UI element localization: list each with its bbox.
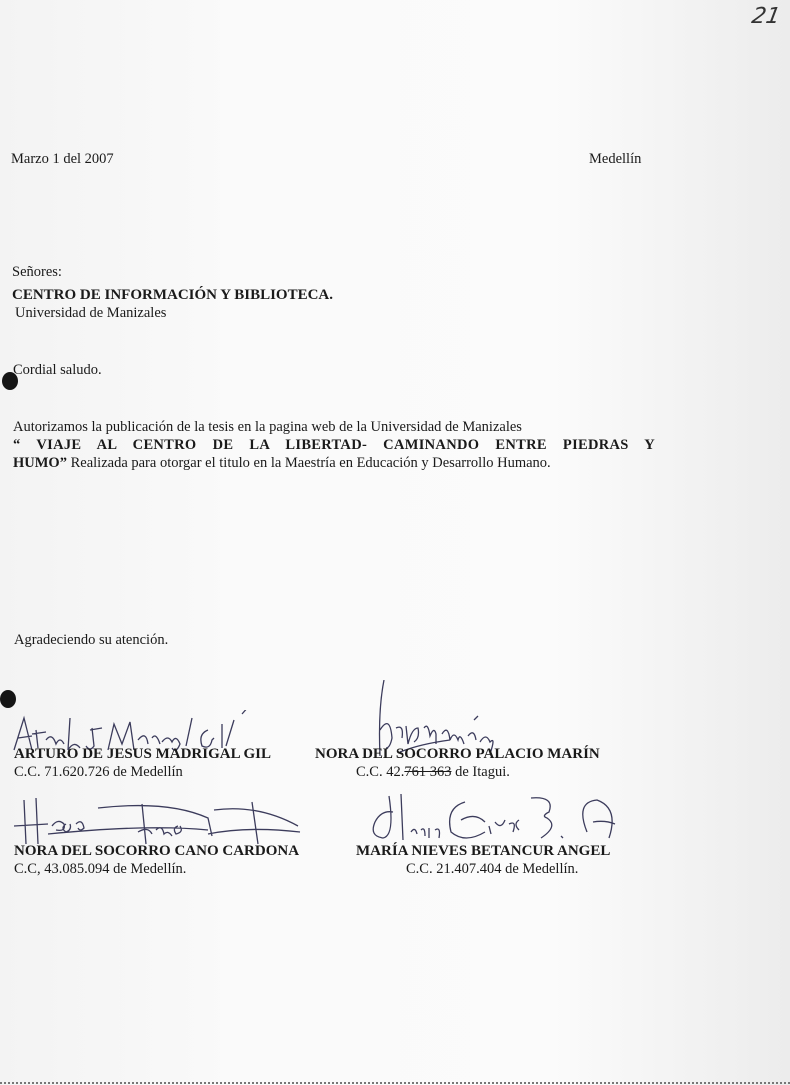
letter-date: Marzo 1 del 2007 bbox=[11, 151, 114, 168]
scan-edge-divider bbox=[0, 1082, 790, 1084]
id-prefix: C.C. 42. bbox=[356, 764, 404, 780]
thesis-title-end: HUMO” bbox=[13, 455, 67, 471]
letter-city: Medellín bbox=[589, 151, 641, 168]
signatory-2-id: C.C. 42.761 363 de Itagui. bbox=[356, 764, 510, 781]
id-suffix: de Itagui. bbox=[451, 764, 509, 780]
signatory-4-id: C.C. 21.407.404 de Medellín. bbox=[406, 861, 578, 878]
signatory-3-name: NORA DEL SOCORRO CANO CARDONA bbox=[14, 843, 299, 860]
greeting: Cordial saludo. bbox=[13, 362, 102, 379]
signature-scribble-icon bbox=[8, 796, 308, 846]
id-struck-digits: 761 363 bbox=[404, 764, 451, 780]
signatory-2-name: NORA DEL SOCORRO PALACIO MARÍN bbox=[315, 746, 600, 763]
signatory-1-name: ARTURO DE JESUS MADRIGAL GIL bbox=[14, 746, 271, 763]
closing: Agradeciendo su atención. bbox=[14, 632, 168, 649]
signatory-4-name: MARÍA NIEVES BETANCUR ANGEL bbox=[356, 843, 610, 860]
punch-hole bbox=[0, 690, 16, 708]
signatory-3-id: C.C, 43.085.094 de Medellín. bbox=[14, 861, 186, 878]
signature-cano bbox=[8, 796, 308, 846]
thesis-title-line-1: “ VIAJE AL CENTRO DE LA LIBERTAD- CAMINA… bbox=[13, 437, 655, 454]
degree-text: Realizada para otorgar el titulo en la M… bbox=[67, 455, 551, 471]
recipient-organization: CENTRO DE INFORMACIÓN Y BIBLIOTECA. bbox=[12, 287, 333, 304]
body-line-3: HUMO” Realizada para otorgar el titulo e… bbox=[13, 455, 551, 472]
body-line-1: Autorizamos la publicación de la tesis e… bbox=[13, 419, 522, 436]
signatory-1-id: C.C. 71.620.726 de Medellín bbox=[14, 764, 183, 781]
page-number-handwritten: 21 bbox=[750, 4, 782, 29]
thesis-title-text: “ VIAJE AL CENTRO DE LA LIBERTAD- CAMINA… bbox=[13, 437, 655, 453]
recipient-institution: Universidad de Manizales bbox=[15, 305, 166, 322]
signature-scribble-icon bbox=[365, 792, 665, 850]
signature-betancur bbox=[365, 792, 665, 850]
salutation: Señores: bbox=[12, 264, 62, 281]
